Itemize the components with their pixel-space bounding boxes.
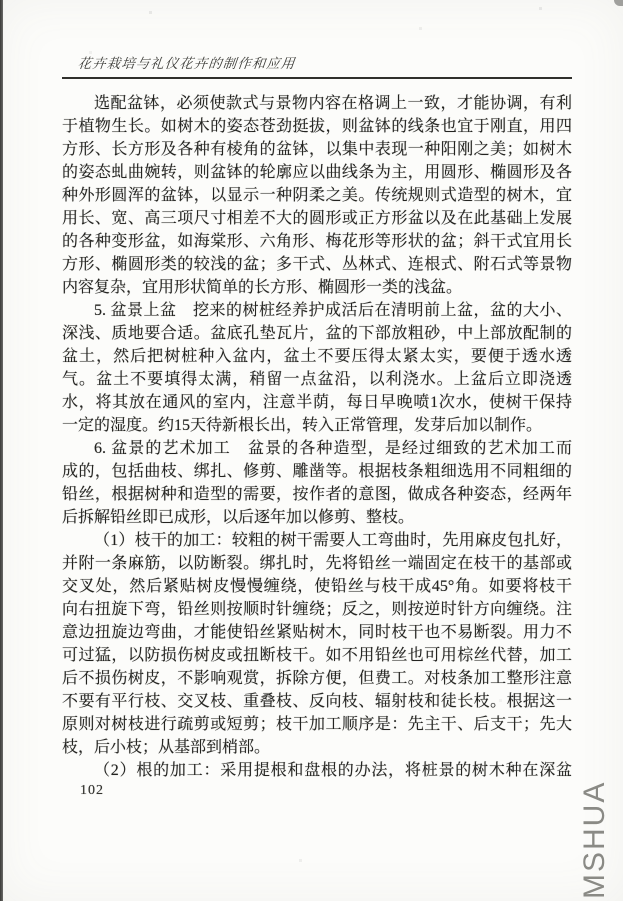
text-line: 并附一条麻筋，以防断裂。绑扎时，先将铅丝一端固定在枝干的基部或 [62,552,572,575]
text-line: 气。盆土不要填得太满，稍留一点盆沿，以利浇水。上盆后立即浇透 [62,368,572,391]
scan-corner-speck [614,0,623,6]
text-line: 原则对树枝进行疏剪或短剪；枝干加工顺序是：先主干、后支干；先大 [62,713,572,736]
text-line: 种外形圆浑的盆钵，以显示一种阴柔之美。传统规则式造型的树木，宜 [62,184,572,207]
header-rule [62,77,572,79]
scan-edge-artifact [0,0,3,901]
text-line: 内容复杂，宜用形状简单的长方形、椭圆形一类的浅盆。 [62,276,572,299]
text-line: （2）根的加工：采用提根和盘根的办法，将桩景的树木种在深盆 [62,759,572,782]
text-line: 方形、椭圆形类的较浅的盆；多干式、丛林式、连根式、附石式等景物 [62,253,572,276]
running-header-title: 花卉栽培与礼仪花卉的制作和应用 [77,52,297,72]
text-line: 盆土，然后把树桩种入盆内，盆土不要压得太紧太实，要便于透水透 [62,345,572,368]
text-line: （1）枝干的加工：较粗的树干需要人工弯曲时，先用麻皮包扎好， [62,529,572,552]
watermark: MSHUA [578,783,612,899]
text-line: 成的，包括曲枝、绑扎、修剪、雕凿等。根据枝条粗细选用不同粗细的 [62,460,572,483]
text-line: 的各种变形盆，如海棠形、六角形、梅花形等形状的盆；斜干式宜用长 [62,230,572,253]
text-line: 6. 盆景的艺术加工 盆景的各种造型，是经过细致的艺术加工而 [62,437,572,460]
text-line: 交叉处，然后紧贴树皮慢慢缠绕，使铅丝与枝干成45°角。如要将枝干 [62,575,572,598]
text-line: 意边扭旋边弯曲，才能使铅丝紧贴树木，同时枝干也不易断裂。用力不 [62,621,572,644]
text-line: 5. 盆景上盆 挖来的树桩经养护成活后在清明前上盆，盆的大小、 [62,299,572,322]
text-line: 一定的湿度。约15天待新根长出，转入正常管理，发芽后加以制作。 [62,414,572,437]
text-line: 后不损伤树皮，不影响观赏，拆除方便，但费工。对枝条加工整形注意 [62,667,572,690]
text-line: 不要有平行枝、交叉枝、重叠枝、反向枝、辐射枝和徒长枝。根据这一 [62,690,572,713]
text-line: 选配盆钵，必须使款式与景物内容在格调上一致，才能协调，有利 [62,92,572,115]
scanned-book-page: 花卉栽培与礼仪花卉的制作和应用 选配盆钵，必须使款式与景物内容在格调上一致，才能… [0,0,623,901]
page-number: 102 [80,783,104,799]
text-line: 可过猛，以防损伤树皮或扭断枝干。如不用铅丝也可用棕丝代替，加工 [62,644,572,667]
text-line: 向右扭旋下弯，铅丝则按顺时针缠绕；反之，则按逆时针方向缠绕。注 [62,598,572,621]
text-line: 用长、宽、高三项尺寸相差不大的圆形或正方形盆以及在此基础上发展 [62,207,572,230]
body-text: 选配盆钵，必须使款式与景物内容在格调上一致，才能协调，有利于植物生长。如树木的姿… [62,92,572,782]
text-line: 枝，后小枝；从基部到梢部。 [62,736,572,759]
text-line: 铅丝，根据树种和造型的需要，按作者的意图，做成各种姿态，经两年 [62,483,572,506]
text-line: 后拆解铅丝即已成形，以后逐年加以修剪、整枝。 [62,506,572,529]
text-line: 于植物生长。如树木的姿态苍劲挺拔，则盆钵的线条也宜于刚直，用四 [62,115,572,138]
text-line: 的姿态虬曲婉转，则盆钵的轮廓应以曲线条为主，用圆形、椭圆形及各 [62,161,572,184]
scan-noise [0,0,1,1]
text-line: 深浅、质地要合适。盆底孔垫瓦片，盆的下部放粗砂，中上部放配制的 [62,322,572,345]
text-line: 水，将其放在通风的室内，注意半荫，每日早晚喷1次水，使树干保持 [62,391,572,414]
text-line: 方形、长方形及各种有棱角的盆钵，以集中表现一种阳刚之美；如树木 [62,138,572,161]
